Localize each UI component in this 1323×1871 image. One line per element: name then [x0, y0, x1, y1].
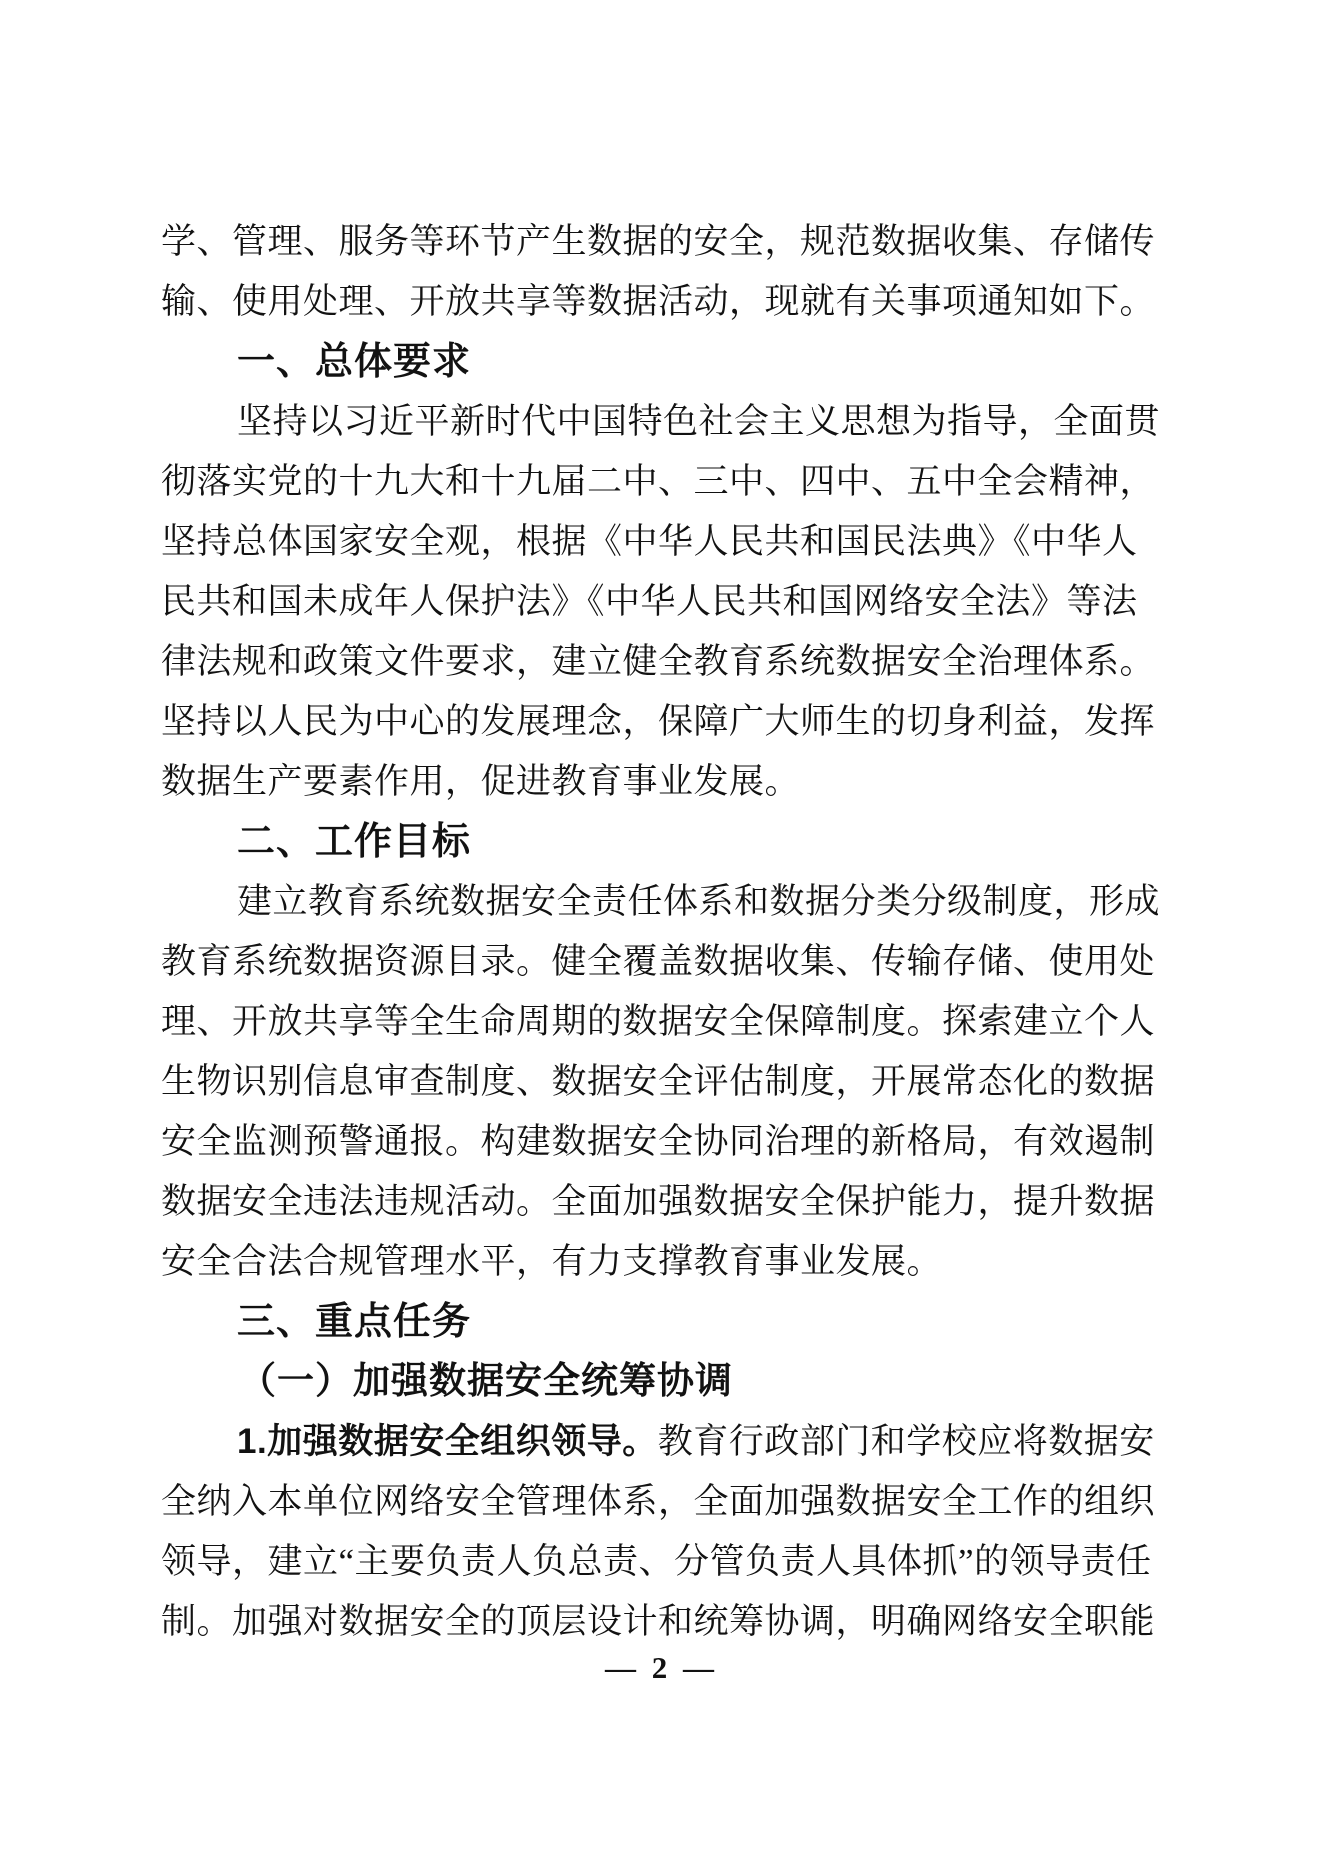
paragraph-line: 彻落实党的十九大和十九届二中、三中、四中、五中全会精神，	[161, 452, 1163, 512]
line-text: 安全合法合规管理水平，有力支撑教育事业发展。	[161, 1242, 942, 1281]
paragraph-line: 全纳入本单位网络安全管理体系，全面加强数据安全工作的组织	[161, 1472, 1163, 1532]
line-text: 坚持以人民为中心的发展理念，保障广大师生的切身利益，发挥	[161, 702, 1155, 741]
section-heading: 二、工作目标	[161, 812, 1163, 872]
line-text: 民共和国未成年人保护法》《中华人民共和国网络安全法》等法	[161, 582, 1138, 621]
line-text: 安全监测预警通报。构建数据安全协同治理的新格局，有效遏制	[161, 1122, 1155, 1161]
line-text: 教育系统数据资源目录。健全覆盖数据收集、传输存储、使用处	[161, 942, 1155, 981]
line-text: 坚持以习近平新时代中国特色社会主义思想为指导，全面贯	[237, 402, 1160, 441]
line-text: 彻落实党的十九大和十九届二中、三中、四中、五中全会精神，	[161, 462, 1155, 501]
line-text: 数据安全违法违规活动。全面加强数据安全保护能力，提升数据	[161, 1182, 1155, 1221]
paragraph-line: 领导，建立“主要负责人负总责、分管负责人具体抓”的领导责任	[161, 1532, 1163, 1592]
paragraph-line: 坚持总体国家安全观，根据《中华人民共和国民法典》《中华人	[161, 512, 1163, 572]
document-body: 学、管理、服务等环节产生数据的安全，规范数据收集、存储传输、使用处理、开放共享等…	[161, 212, 1163, 1652]
section-heading: 三、重点任务	[161, 1292, 1163, 1352]
paragraph-line: 律法规和政策文件要求，建立健全教育系统数据安全治理体系。	[161, 632, 1163, 692]
bold-lead-text: 1.加强数据安全组织领导。	[237, 1422, 658, 1461]
line-text: 输、使用处理、开放共享等数据活动，现就有关事项通知如下。	[161, 282, 1155, 321]
paragraph-line: 民共和国未成年人保护法》《中华人民共和国网络安全法》等法	[161, 572, 1163, 632]
paragraph-line: 安全合法合规管理水平，有力支撑教育事业发展。	[161, 1232, 1163, 1292]
line-text: 坚持总体国家安全观，根据《中华人民共和国民法典》《中华人	[161, 522, 1138, 561]
paragraph-line: 制。加强对数据安全的顶层设计和统筹协调，明确网络安全职能	[161, 1592, 1163, 1652]
paragraph-line: 理、开放共享等全生命周期的数据安全保障制度。探索建立个人	[161, 992, 1163, 1052]
paragraph-line: 输、使用处理、开放共享等数据活动，现就有关事项通知如下。	[161, 272, 1163, 332]
paragraph-line: 数据安全违法违规活动。全面加强数据安全保护能力，提升数据	[161, 1172, 1163, 1232]
page-number: — 2 —	[0, 1650, 1323, 1686]
line-text: 制。加强对数据安全的顶层设计和统筹协调，明确网络安全职能	[161, 1602, 1155, 1641]
line-text: 教育行政部门和学校应将数据安	[658, 1422, 1155, 1461]
line-text: 数据生产要素作用，促进教育事业发展。	[161, 762, 800, 801]
paragraph-line: 坚持以人民为中心的发展理念，保障广大师生的切身利益，发挥	[161, 692, 1163, 752]
paragraph-line: 学、管理、服务等环节产生数据的安全，规范数据收集、存储传	[161, 212, 1163, 272]
line-text: 全纳入本单位网络安全管理体系，全面加强数据安全工作的组织	[161, 1482, 1155, 1521]
document-page: 学、管理、服务等环节产生数据的安全，规范数据收集、存储传输、使用处理、开放共享等…	[0, 0, 1323, 1871]
paragraph-line: 生物识别信息审查制度、数据安全评估制度，开展常态化的数据	[161, 1052, 1163, 1112]
line-text: 学、管理、服务等环节产生数据的安全，规范数据收集、存储传	[161, 222, 1155, 261]
paragraph-line: 坚持以习近平新时代中国特色社会主义思想为指导，全面贯	[161, 392, 1163, 452]
paragraph-line: 建立教育系统数据安全责任体系和数据分类分级制度，形成	[161, 872, 1163, 932]
paragraph-line: 安全监测预警通报。构建数据安全协同治理的新格局，有效遏制	[161, 1112, 1163, 1172]
line-text: 生物识别信息审查制度、数据安全评估制度，开展常态化的数据	[161, 1062, 1155, 1101]
subsection-heading: （一）加强数据安全统筹协调	[161, 1352, 1163, 1412]
line-text: 律法规和政策文件要求，建立健全教育系统数据安全治理体系。	[161, 642, 1155, 681]
line-text: 理、开放共享等全生命周期的数据安全保障制度。探索建立个人	[161, 1002, 1155, 1041]
paragraph-line: 教育系统数据资源目录。健全覆盖数据收集、传输存储、使用处	[161, 932, 1163, 992]
line-text: 领导，建立“主要负责人负总责、分管负责人具体抓”的领导责任	[161, 1542, 1152, 1581]
line-text: 建立教育系统数据安全责任体系和数据分类分级制度，形成	[237, 882, 1160, 921]
paragraph-line: 数据生产要素作用，促进教育事业发展。	[161, 752, 1163, 812]
paragraph-line: 1.加强数据安全组织领导。教育行政部门和学校应将数据安	[161, 1412, 1163, 1472]
section-heading: 一、总体要求	[161, 332, 1163, 392]
